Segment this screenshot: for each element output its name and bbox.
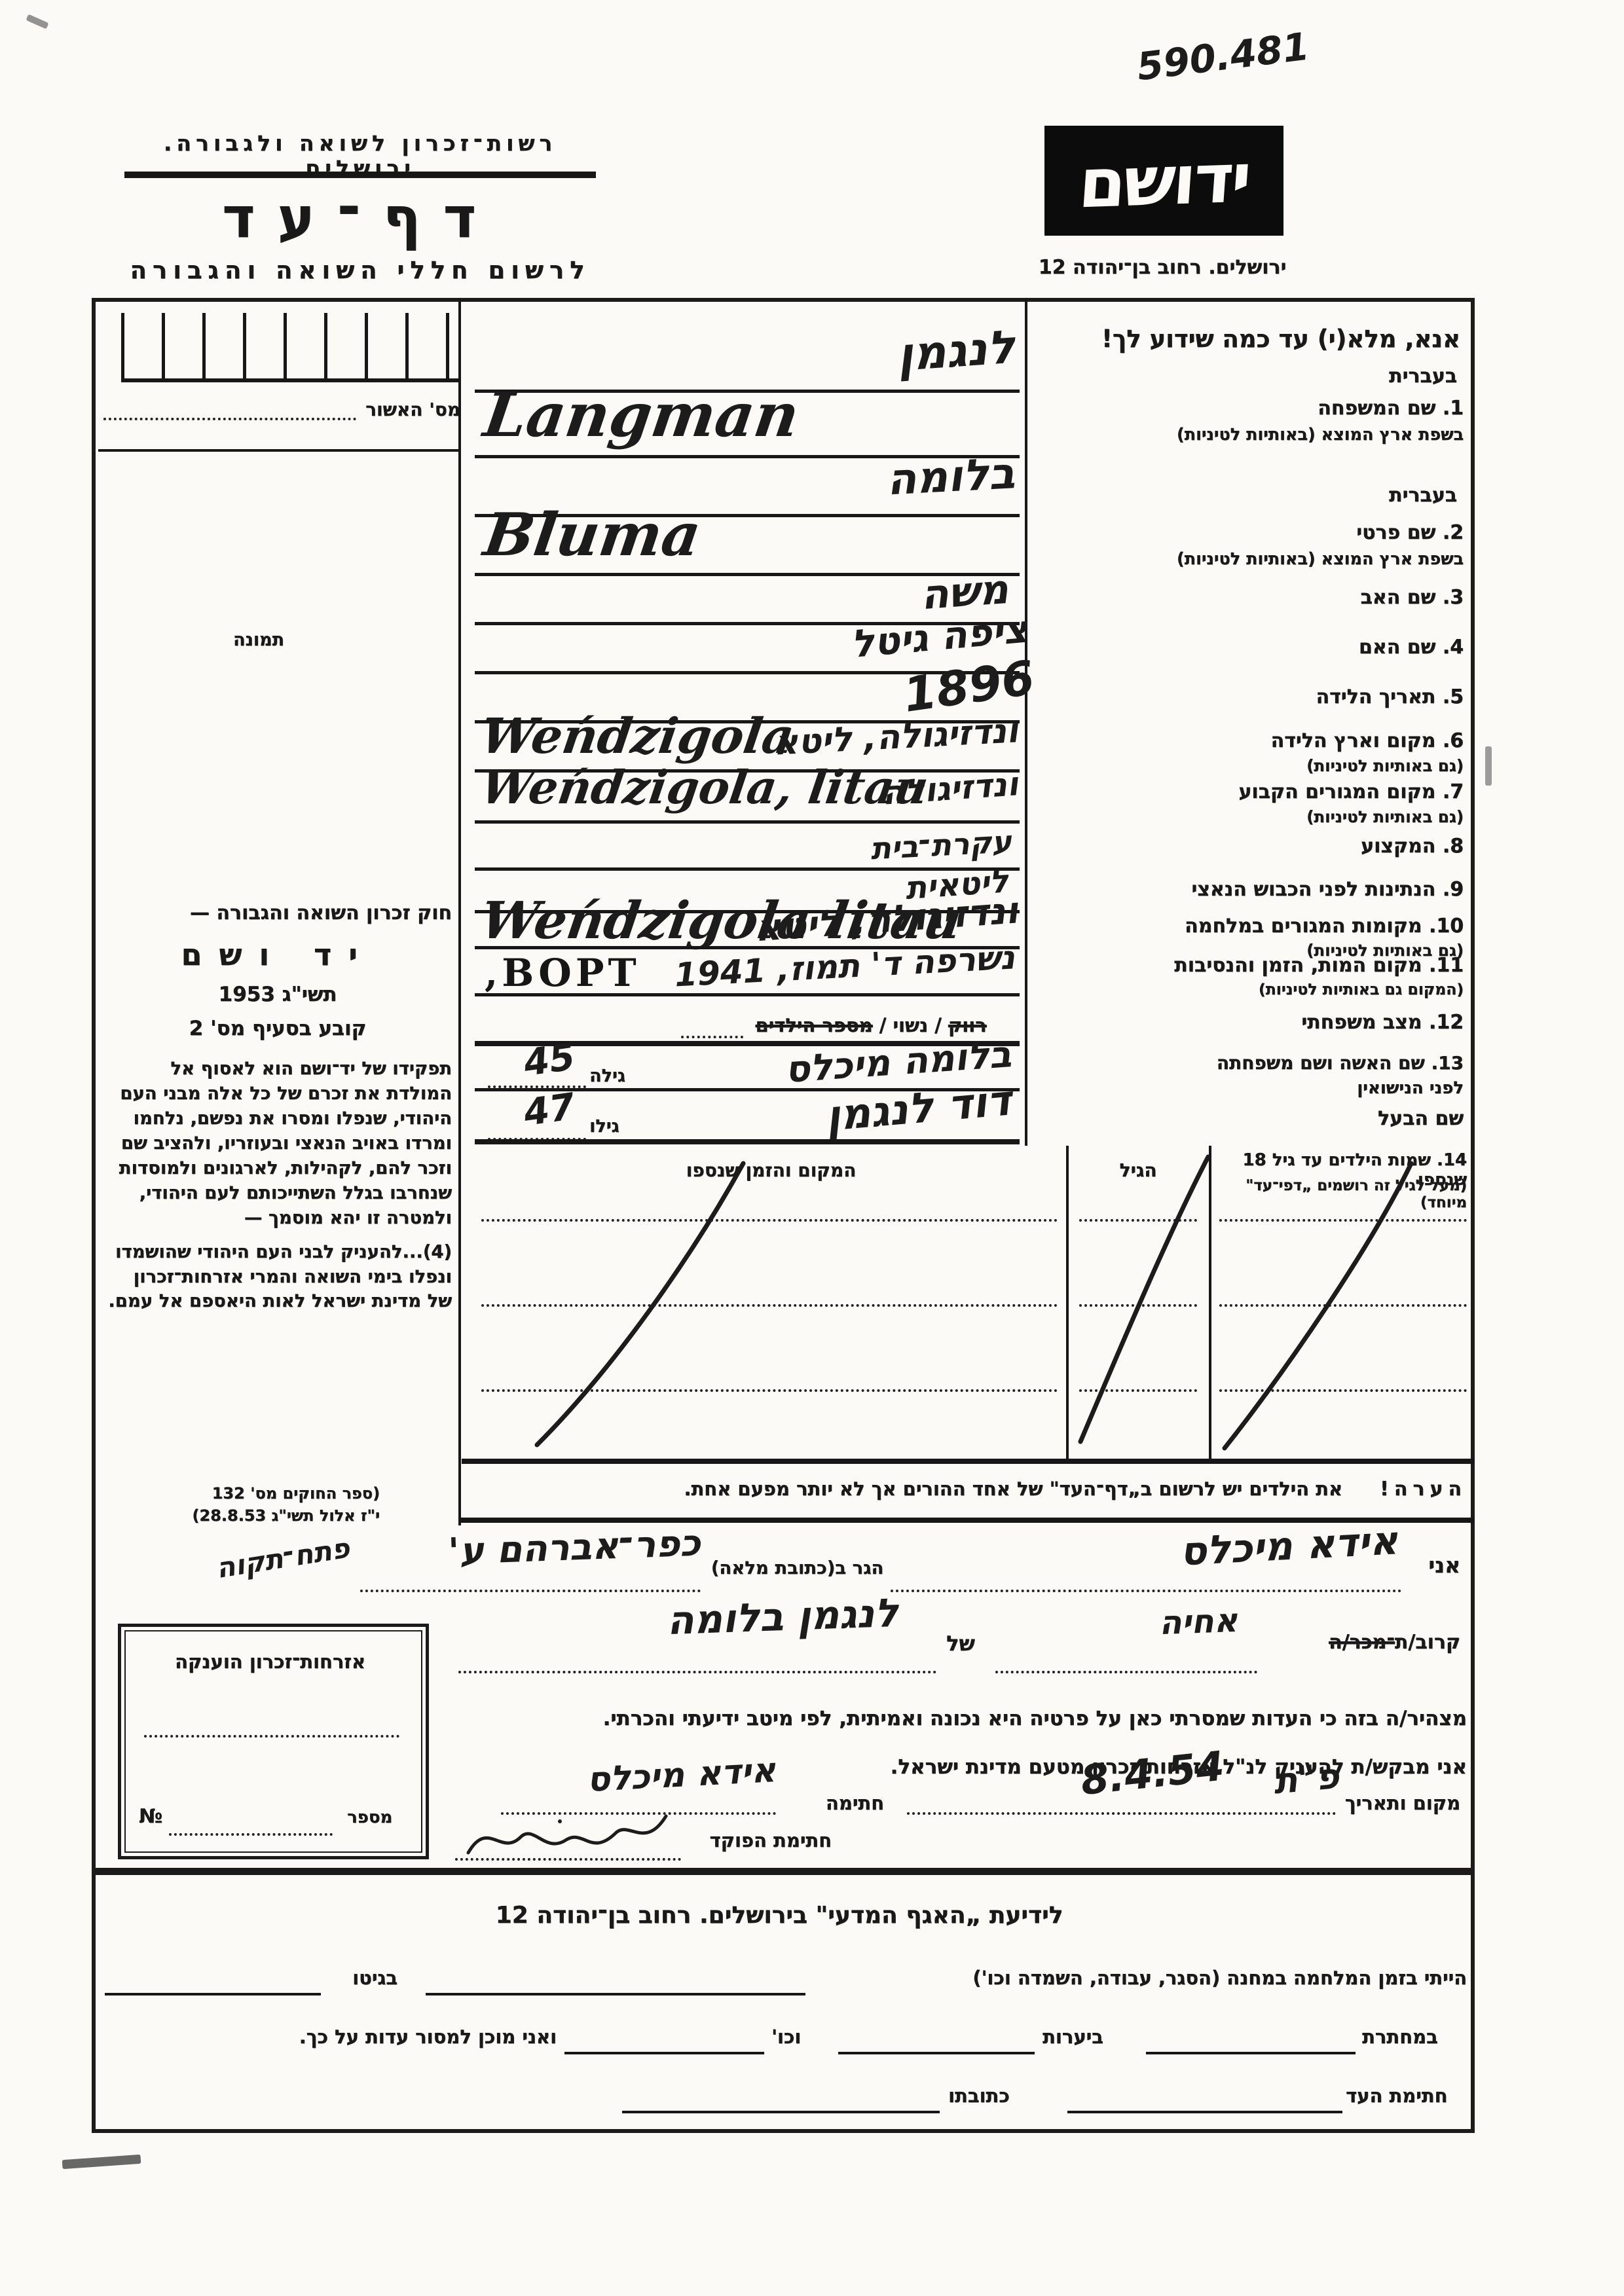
field12-label: 12. מצב משפחתי xyxy=(1044,1011,1464,1034)
relation-relative: קרוב/ת xyxy=(1395,1631,1460,1654)
field2-origin-label: בשפת ארץ המוצא (באותיות לטיניות) xyxy=(1044,550,1464,569)
field4-label: 4. שם האם xyxy=(1044,636,1464,659)
ghetto-blank-line xyxy=(105,1993,321,1995)
wife-age-value: 45 xyxy=(521,1039,577,1082)
place-hand: פ"ת xyxy=(1246,1758,1340,1802)
scan-artifact xyxy=(62,2155,141,2169)
camp-blank-line xyxy=(426,1993,805,1995)
law-heading: חוק זכרון השואה והגבורה — xyxy=(103,902,452,925)
underground-label: במחתרת xyxy=(1362,2026,1438,2048)
field3-label: 3. שם האב xyxy=(1044,587,1464,610)
law-year: תשי"ג 1953 xyxy=(103,983,452,1007)
citizenship-number-line xyxy=(169,1833,333,1836)
note-label: הערה! xyxy=(1380,1478,1467,1501)
of-label: של xyxy=(946,1631,975,1656)
relation-acquaintance-struck: ־מכר/ה xyxy=(1329,1631,1395,1654)
official-signature-label: חתימת הפוקד xyxy=(674,1830,832,1851)
field1-label: 1. שם המשפחה xyxy=(1044,397,1464,420)
citizenship-granted-title: אזרחות־זכרון הוענקה xyxy=(128,1651,413,1673)
sidebar-divider xyxy=(458,298,461,1525)
option-married: נשוי xyxy=(893,1014,928,1036)
law-source-line2: י"ז אלול תשי"ג 28.8.53) xyxy=(98,1507,380,1525)
field1-lang-label: בעברית xyxy=(1044,365,1457,388)
field11-latin-note: (המקום גם באותיות לטיניות) xyxy=(1044,981,1464,998)
wartime-camp-label: הייתי בזמן המלחמה במחנה (הסגר, עבודה, הש… xyxy=(819,1967,1467,1989)
field5-label: 5. תאריך הלידה xyxy=(1044,686,1464,709)
law-logo-text: יד ושם xyxy=(103,938,452,972)
relation-hand: אחיה xyxy=(1129,1603,1268,1640)
field12-options: רווק / נשוי / מספר הילדים xyxy=(730,1015,1012,1036)
witness-name-line xyxy=(891,1590,1401,1592)
note-text: את הילדים יש לרשום ב„דף־העד" של אחד ההור… xyxy=(491,1478,1342,1500)
etc-label: וכו' xyxy=(771,2026,801,2048)
field8-label: 8. המקצוע xyxy=(1044,835,1464,858)
forests-label: ביערות xyxy=(1043,2026,1103,2048)
yad-vashem-logo-text: ידושם xyxy=(1076,138,1251,224)
number-comb-field xyxy=(121,313,458,382)
husband-label: שם הבעל xyxy=(1044,1108,1464,1131)
field2-lang-label: בעברית xyxy=(1044,484,1457,507)
etc-blank-line xyxy=(564,2052,764,2054)
place-date-line xyxy=(907,1812,1336,1815)
field7-line xyxy=(475,820,1020,824)
field2-value-latin: Bluma xyxy=(481,505,705,564)
photo-placeholder-label: תמונה xyxy=(216,630,301,650)
bottom-section-title: לידיעת „האגף המדעי" בירושלים. רחוב בן־יה… xyxy=(157,1902,1401,1929)
law-text-2: (4)...להעניק לבני העם היהודי שהושמדו ונפ… xyxy=(103,1240,452,1315)
witness-signature-bottom-line xyxy=(1067,2111,1342,2113)
approval-number-label: מס' האשור xyxy=(365,399,460,420)
ready-to-testify-label: ואני מוכן למסור עדות על כך. xyxy=(190,2026,557,2048)
field1-value-latin: Langman xyxy=(481,385,803,445)
citizenship-granted-line xyxy=(144,1735,399,1738)
declaration-i-label: אני xyxy=(1428,1553,1460,1578)
field6-label: 6. מקום וארץ הלידה xyxy=(1044,730,1464,753)
witness-address-bottom-label: כתובתו xyxy=(948,2085,1010,2107)
ghetto-label: בגיטו xyxy=(331,1967,419,1989)
witness-address-bottom-line xyxy=(622,2111,940,2113)
witness-address-line xyxy=(360,1590,701,1592)
label-divider xyxy=(1025,298,1027,1146)
signature-label: חתימה xyxy=(779,1793,884,1814)
field7-latin-note: (גם באותיות לטיניות) xyxy=(1044,808,1464,826)
official-signature-line xyxy=(455,1858,681,1861)
scan-artifact xyxy=(1485,746,1492,786)
header-rule xyxy=(124,172,596,178)
citizenship-number-label: מספר xyxy=(347,1808,392,1828)
law-source-line1: (ספר החוקים מס' 132 xyxy=(98,1485,380,1503)
field6-latin-note: (גם באותיות לטיניות) xyxy=(1044,757,1464,775)
place-date-label: מקום ותאריך xyxy=(1345,1793,1460,1814)
yad-vashem-logo: ידושם xyxy=(1044,126,1283,236)
scan-artifact xyxy=(26,14,48,29)
witness-signature-bottom-label: חתימת העד xyxy=(1346,2085,1447,2107)
form-title: דף־עד xyxy=(124,186,596,251)
hq-address: ירושלים. רחוב בן־יהודה 12 xyxy=(1022,257,1303,280)
victim-name-hand: לנגמן בלומה xyxy=(628,1592,937,1642)
left-column-rule xyxy=(98,449,460,452)
residing-label: הגר ב(כתובת מלאה) xyxy=(707,1558,887,1579)
husband-age-value: 47 xyxy=(521,1089,577,1132)
law-clause: קובע בסעיף מס' 2 xyxy=(103,1017,452,1041)
option-separator-1: / xyxy=(934,1014,942,1036)
approval-number-row: מס' האשור xyxy=(103,399,460,420)
field13-label-line2: לפני הנישואין xyxy=(1044,1079,1464,1099)
field1-origin-label: בשפת ארץ המוצא (באותיות לטיניות) xyxy=(1044,426,1464,445)
option-separator-2: / xyxy=(879,1014,887,1036)
field12-dotted-stub xyxy=(681,1036,743,1038)
law-text: תפקידו של יד־ושם הוא לאסוף אל המולדת את … xyxy=(103,1057,452,1231)
option-single: רווק xyxy=(948,1014,987,1036)
field7-value-latin: Weńdzigola, litau xyxy=(478,765,931,811)
field11-line xyxy=(475,993,1020,996)
husband-age-label: גילו xyxy=(589,1116,619,1137)
law-paragraphs: תפקידו של יד־ושם הוא לאסוף אל המולדת את … xyxy=(103,1057,452,1323)
field2-label: 2. שם פרטי xyxy=(1044,522,1464,545)
approval-number-line xyxy=(103,418,356,420)
wife-age-label: גילה xyxy=(589,1066,625,1086)
husband-line xyxy=(475,1139,1020,1144)
field10-value-latin: Weńdzigola litau xyxy=(478,896,965,947)
scanned-testimony-page: 590.481 רשות־זכרון לשואה ולגבורה. ירושלי… xyxy=(0,0,1624,2296)
relation-label: קרוב/ת־מכר/ה xyxy=(1329,1631,1460,1654)
form-subtitle: לרשום חללי השואה והגבורה xyxy=(124,257,596,285)
forests-blank-line xyxy=(838,2052,1035,2054)
archival-number: 590.481 xyxy=(1086,27,1312,92)
underground-blank-line xyxy=(1146,2052,1356,2054)
table-crossout-strokes xyxy=(462,1147,1475,1459)
citizenship-no-symbol: № xyxy=(139,1806,162,1829)
relation-line xyxy=(995,1671,1257,1673)
children-table-bottom-rule xyxy=(462,1459,1475,1464)
field11-label: 11. מקום המות, הזמן והנסיבות xyxy=(1044,955,1464,977)
field11-value-latin: BOPT, xyxy=(485,951,640,995)
field10-label: 10. מקומות המגורים במלחמה xyxy=(1044,915,1464,938)
field13-label: 13. שם האשה ושם משפחתה xyxy=(1044,1053,1464,1074)
field7-label: 7. מקום המגורים הקבוע xyxy=(1044,781,1464,804)
field9-label: 9. הנתינות לפני הכבוש הנאצי xyxy=(1044,879,1464,902)
victim-name-line xyxy=(458,1671,936,1673)
declaration-statement: מצהיר/ה בזה כי העדות שמסרתי כאן על פרטיה… xyxy=(455,1707,1467,1731)
field6-value-latin: Weńdzigola xyxy=(478,712,797,761)
option-children-count: מספר הילדים xyxy=(755,1014,872,1036)
